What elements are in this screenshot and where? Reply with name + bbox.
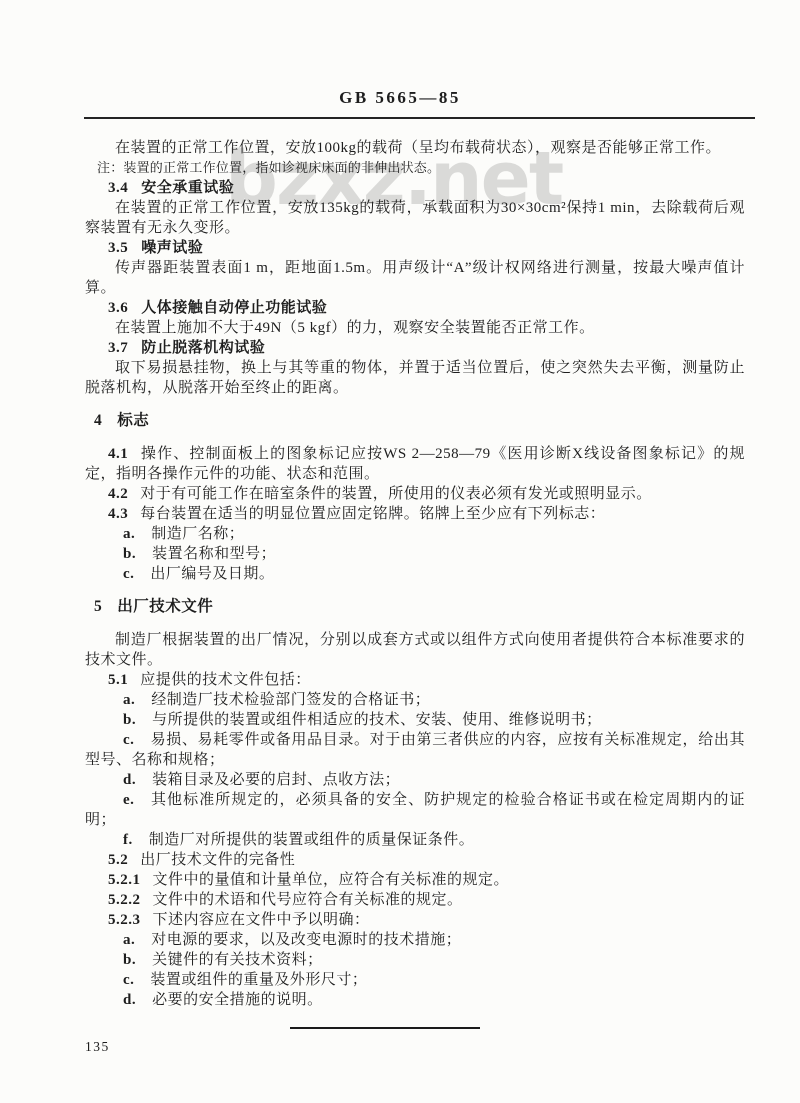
clause-title: 安全承重试验 xyxy=(141,180,234,196)
list-item-d: d.装箱目录及必要的启封、点收方法； xyxy=(85,770,745,790)
list-text: 易损、易耗零件或备用品目录。对于由第三者供应的内容，应按有关标准规定，给出其型号… xyxy=(85,732,745,768)
paragraph: 在装置的正常工作位置，安放135kg的载荷，承载面积为30×30cm²保持1 m… xyxy=(85,198,745,238)
list-item-b: b.装置名称和型号； xyxy=(85,544,745,564)
clause-number: 5.2 xyxy=(108,852,128,868)
section-number: 4 xyxy=(94,412,102,429)
clause-text: 对于有可能工作在暗室条件的装置，所使用的仪表必须有发光或照明显示。 xyxy=(140,486,652,502)
list-text: 对电源的要求，以及改变电源时的技术措施； xyxy=(151,932,461,948)
list-item-a: a.经制造厂技术检验部门签发的合格证书； xyxy=(85,690,745,710)
paragraph: 制造厂根据装置的出厂情况，分别以成套方式或以组件方式向使用者提供符合本标准要求的… xyxy=(85,630,745,670)
list-item-b: b.与所提供的装置或组件相适应的技术、安装、使用、维修说明书； xyxy=(85,710,745,730)
clause-heading-3-5: 3.5噪声试验 xyxy=(85,238,745,258)
note-paragraph: 注：装置的正常工作位置，指如诊视床床面的非伸出状态。 xyxy=(85,158,745,178)
clause-heading-3-6: 3.6人体接触自动停止功能试验 xyxy=(85,298,745,318)
clause-number: 4.2 xyxy=(108,486,128,502)
section-number: 5 xyxy=(94,598,102,615)
numbered-paragraph-4-3: 4.3每台装置在适当的明显位置应固定铭牌。铭牌上至少应有下列标志： xyxy=(85,504,745,524)
page-number: 135 xyxy=(85,1037,745,1057)
list-text: 制造厂对所提供的装置或组件的质量保证条件。 xyxy=(149,832,475,848)
clause-title: 防止脱落机构试验 xyxy=(141,340,265,356)
list-letter: b. xyxy=(123,952,136,968)
list-text: 其他标准所规定的，必须具备的安全、防护规定的检验合格证书或在检定周期内的证明； xyxy=(85,792,745,828)
clause-number: 3.4 xyxy=(108,180,128,196)
list-item-f: f.制造厂对所提供的装置或组件的质量保证条件。 xyxy=(85,830,745,850)
list-text: 装置名称和型号； xyxy=(152,546,276,562)
section-title: 出厂技术文件 xyxy=(117,598,213,615)
paragraph: 取下易损悬挂物，换上与其等重的物体，并置于适当位置后，使之突然失去平衡，测量防止… xyxy=(85,358,745,398)
clause-title: 噪声试验 xyxy=(141,240,203,256)
clause-text: 应提供的技术文件包括： xyxy=(140,672,311,688)
clause-number: 3.6 xyxy=(108,300,128,316)
list-letter: e. xyxy=(123,792,134,808)
list-letter: b. xyxy=(123,712,136,728)
numbered-paragraph-5-1: 5.1应提供的技术文件包括： xyxy=(85,670,745,690)
list-letter: b. xyxy=(123,546,136,562)
list-item-b: b.关键件的有关技术资料； xyxy=(85,950,745,970)
list-letter: d. xyxy=(123,772,136,788)
numbered-paragraph-4-1: 4.1操作、控制面板上的图象标记应按WS 2—258—79《医用诊断X线设备图象… xyxy=(85,444,745,484)
clause-text: 每台装置在适当的明显位置应固定铭牌。铭牌上至少应有下列标志： xyxy=(140,506,605,522)
clause-number: 4.3 xyxy=(108,506,128,522)
list-text: 必要的安全措施的说明。 xyxy=(152,992,323,1008)
list-letter: a. xyxy=(123,932,135,948)
numbered-paragraph-5-2-3: 5.2.3下述内容应在文件中予以明确： xyxy=(85,910,745,930)
numbered-paragraph-5-2-2: 5.2.2文件中的术语和代号应符合有关标准的规定。 xyxy=(85,890,745,910)
clause-number: 4.1 xyxy=(108,446,128,462)
clause-text: 文件中的术语和代号应符合有关标准的规定。 xyxy=(153,892,463,908)
list-letter: c. xyxy=(123,732,134,748)
list-item-e: e.其他标准所规定的，必须具备的安全、防护规定的检验合格证书或在检定周期内的证明… xyxy=(85,790,745,830)
numbered-paragraph-5-2: 5.2出厂技术文件的完备性 xyxy=(85,850,745,870)
section-heading-5: 5出厂技术文件 xyxy=(85,597,745,617)
list-item-a: a.对电源的要求，以及改变电源时的技术措施； xyxy=(85,930,745,950)
scanned-standard-page: bzxz.net GB 5665—85 在装置的正常工作位置，安放100kg的载… xyxy=(0,0,800,1103)
numbered-paragraph-4-2: 4.2对于有可能工作在暗室条件的装置，所使用的仪表必须有发光或照明显示。 xyxy=(85,484,745,504)
paragraph: 在装置的正常工作位置，安放100kg的载荷（呈均布载荷状态），观察是否能够正常工… xyxy=(85,138,745,158)
clause-text: 出厂技术文件的完备性 xyxy=(140,852,295,868)
clause-number: 3.7 xyxy=(108,340,128,356)
list-letter: a. xyxy=(123,526,135,542)
clause-text: 操作、控制面板上的图象标记应按WS 2—258—79《医用诊断X线设备图象标记》… xyxy=(85,446,745,482)
section-heading-4: 4标志 xyxy=(85,411,745,431)
clause-text: 下述内容应在文件中予以明确： xyxy=(153,912,370,928)
list-letter: d. xyxy=(123,992,136,1008)
clause-number: 5.2.1 xyxy=(108,872,141,888)
list-text: 经制造厂技术检验部门签发的合格证书； xyxy=(151,692,430,708)
paragraph: 传声器距装置表面1 m，距地面1.5m。用声级计“A”级计权网络进行测量，按最大… xyxy=(85,258,745,298)
list-letter: c. xyxy=(123,972,134,988)
list-letter: c. xyxy=(123,566,134,582)
list-text: 关键件的有关技术资料； xyxy=(152,952,323,968)
list-text: 制造厂名称； xyxy=(151,526,244,542)
clause-title: 人体接触自动停止功能试验 xyxy=(141,300,327,316)
standard-number-header: GB 5665—85 xyxy=(0,0,800,108)
list-text: 与所提供的装置或组件相适应的技术、安装、使用、维修说明书； xyxy=(152,712,602,728)
clause-text: 文件中的量值和计量单位，应符合有关标准的规定。 xyxy=(153,872,510,888)
section-title: 标志 xyxy=(117,412,149,429)
list-item-a: a.制造厂名称； xyxy=(85,524,745,544)
list-item-c: c.装置或组件的重量及外形尺寸； xyxy=(85,970,745,990)
end-of-document-rule xyxy=(290,1027,480,1029)
document-body: 在装置的正常工作位置，安放100kg的载荷（呈均布载荷状态），观察是否能够正常工… xyxy=(0,119,800,1057)
list-text: 装置或组件的重量及外形尺寸； xyxy=(150,972,367,988)
list-letter: f. xyxy=(123,832,133,848)
list-letter: a. xyxy=(123,692,135,708)
list-text: 装箱目录及必要的启封、点收方法； xyxy=(152,772,400,788)
clause-heading-3-7: 3.7防止脱落机构试验 xyxy=(85,338,745,358)
paragraph: 在装置上施加不大于49N（5 kgf）的力，观察安全装置能否正常工作。 xyxy=(85,318,745,338)
numbered-paragraph-5-2-1: 5.2.1文件中的量值和计量单位，应符合有关标准的规定。 xyxy=(85,870,745,890)
clause-heading-3-4: 3.4安全承重试验 xyxy=(85,178,745,198)
clause-number: 5.2.2 xyxy=(108,892,141,908)
clause-number: 5.1 xyxy=(108,672,128,688)
list-item-d: d.必要的安全措施的说明。 xyxy=(85,990,745,1010)
list-item-c: c.出厂编号及日期。 xyxy=(85,564,745,584)
list-item-c: c.易损、易耗零件或备用品目录。对于由第三者供应的内容，应按有关标准规定，给出其… xyxy=(85,730,745,770)
clause-number: 5.2.3 xyxy=(108,912,141,928)
clause-number: 3.5 xyxy=(108,240,128,256)
list-text: 出厂编号及日期。 xyxy=(150,566,274,582)
